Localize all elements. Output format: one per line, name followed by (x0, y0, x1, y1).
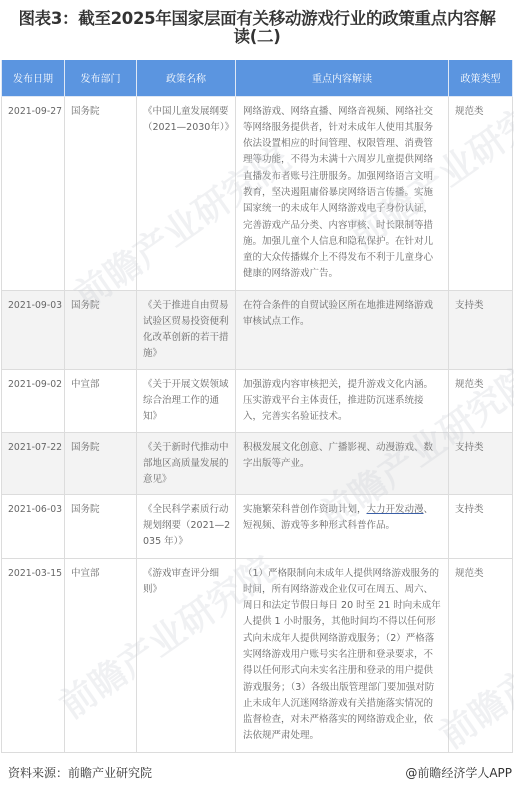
cell-date: 2021-09-02 (2, 369, 65, 432)
cell-policy-type: 规范类 (449, 558, 513, 752)
page-title: 图表3：截至2025年国家层面有关移动游戏行业的政策重点内容解 读(二) (0, 10, 514, 46)
header-policy-type: 政策类型 (449, 60, 513, 96)
header-date: 发布日期 (2, 60, 65, 96)
table-row: 2021-09-27 国务院 《中国儿童发展纲要（2021—2030年）》 网络… (2, 96, 513, 290)
table-row: 2021-09-02 中宣部 《关于开展文娱领域综合治理工作的通知》 加强游戏内… (2, 369, 513, 432)
cell-policy-name: 《关于推进自由贸易试验区贸易投资便利化改革创新的若干措施》 (137, 290, 236, 369)
cell-content: 积极发展文化创意、广播影视、动漫游戏、数字出版等产业。 (236, 432, 449, 494)
cell-policy-type: 支持类 (449, 494, 513, 558)
cell-date: 2021-06-03 (2, 494, 65, 558)
table-header-row: 发布日期 发布部门 政策名称 重点内容解读 政策类型 (2, 60, 513, 96)
cell-department: 国务院 (65, 96, 137, 290)
header-department: 发布部门 (65, 60, 137, 96)
cell-department: 国务院 (65, 494, 137, 558)
cell-policy-type: 规范类 (449, 369, 513, 432)
title-line-2: 读(二) (0, 28, 514, 46)
cell-department: 中宣部 (65, 558, 137, 752)
underlined-text: 大力开发动漫 (367, 504, 424, 515)
cell-content: 加强游戏内容审核把关，提升游戏文化内涵。压实游戏平台主体责任，推进防沉迷系统接入… (236, 369, 449, 432)
cell-policy-type: 规范类 (449, 96, 513, 290)
cell-department: 国务院 (65, 432, 137, 494)
source-note: 资料来源：前瞻产业研究院 (8, 764, 152, 781)
cell-date: 2021-09-03 (2, 290, 65, 369)
cell-department: 国务院 (65, 290, 137, 369)
header-content: 重点内容解读 (236, 60, 449, 96)
cell-policy-type: 支持类 (449, 290, 513, 369)
cell-content: 实施繁荣科普创作资助计划，大力开发动漫、短视频、游戏等多种形式科普作品。 (236, 494, 449, 558)
cell-date: 2021-03-15 (2, 558, 65, 752)
policy-table: 发布日期 发布部门 政策名称 重点内容解读 政策类型 2021-09-27 国务… (1, 60, 513, 753)
content-text: 实施繁荣科普创作资助计划， (243, 504, 367, 515)
table-row: 2021-06-03 国务院 《全民科学素质行动规划纲要（2021—2035 年… (2, 494, 513, 558)
table-row: 2021-09-03 国务院 《关于推进自由贸易试验区贸易投资便利化改革创新的若… (2, 290, 513, 369)
cell-department: 中宣部 (65, 369, 137, 432)
cell-content: 在符合条件的自贸试验区所在地推进网络游戏审核试点工作。 (236, 290, 449, 369)
cell-date: 2021-07-22 (2, 432, 65, 494)
cell-content: （1）严格限制向未成年人提供网络游戏服务的时间，所有网络游戏企业仅可在周五、周六… (236, 558, 449, 752)
cell-policy-name: 《全民科学素质行动规划纲要（2021—2035 年）》 (137, 494, 236, 558)
cell-date: 2021-09-27 (2, 96, 65, 290)
table-row: 2021-03-15 中宣部 《游戏审查评分细则》 （1）严格限制向未成年人提供… (2, 558, 513, 752)
cell-policy-name: 《游戏审查评分细则》 (137, 558, 236, 752)
cell-policy-name: 《关于新时代推动中部地区高质量发展的意见》 (137, 432, 236, 494)
cell-policy-type: 支持类 (449, 432, 513, 494)
title-line-1: 图表3：截至2025年国家层面有关移动游戏行业的政策重点内容解 (0, 10, 514, 28)
cell-policy-name: 《中国儿童发展纲要（2021—2030年）》 (137, 96, 236, 290)
cell-policy-name: 《关于开展文娱领域综合治理工作的通知》 (137, 369, 236, 432)
table-row: 2021-07-22 国务院 《关于新时代推动中部地区高质量发展的意见》 积极发… (2, 432, 513, 494)
header-policy-name: 政策名称 (137, 60, 236, 96)
cell-content: 网络游戏、网络直播、网络音视频、网络社交等网络服务提供者，针对未成年人使用其服务… (236, 96, 449, 290)
credit-note: @前瞻经济学人APP (405, 764, 512, 781)
